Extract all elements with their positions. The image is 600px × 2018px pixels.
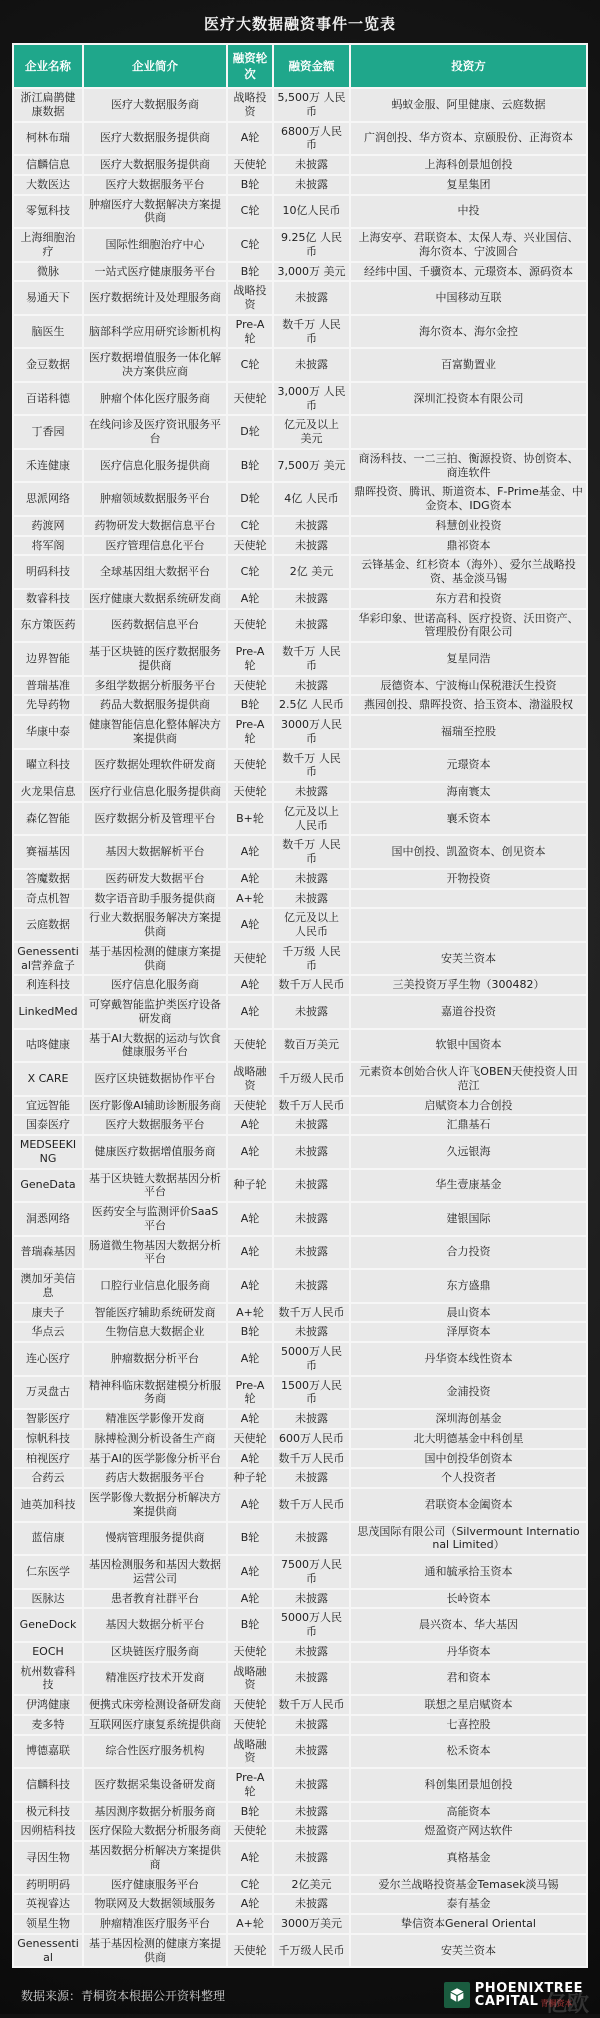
company-desc-cell: 医疗区块链数据协作平台 [83,1062,227,1096]
company-name-cell: 先导药物 [13,695,83,715]
round-cell: A轮 [227,1115,273,1135]
round-cell: C轮 [227,516,273,536]
table-row: 极元科技基因测序数据分析服务商B轮未披露高能资本 [13,1802,587,1822]
table-row: 万灵盘古精神科临床数据建模分析服务商Pre-A轮1500万人民币金浦投资 [13,1376,587,1410]
amount-cell: 未披露 [273,589,350,609]
amount-cell: 数千万人民币 [273,975,350,995]
table-row: 柯林布瑞医疗大数据服务提供商A轮6800万人民币广润创投、华方资本、京颐股份、正… [13,122,587,156]
company-name-cell: 大数医达 [13,175,83,195]
company-desc-cell: 区块链医疗服务商 [83,1642,227,1662]
table-row: X CARE医疗区块链数据协作平台战略融资千万级人民币元素资本创始合伙人许飞OB… [13,1062,587,1096]
round-cell: A轮 [227,1236,273,1270]
amount-cell: 10亿人民币 [273,195,350,229]
company-name-cell: 脑医生 [13,315,83,349]
amount-cell: 未披露 [273,1802,350,1822]
table-row: 普瑞森基因肠道微生物基因大数据分析平台A轮未披露合力投资 [13,1236,587,1270]
investors-cell: 中国移动互联 [350,281,587,315]
amount-cell: 未披露 [273,782,350,802]
round-cell: Pre-A轮 [227,1376,273,1410]
company-name-cell: EOCH [13,1642,83,1662]
amount-cell: 未披露 [273,1715,350,1735]
amount-cell: 7,500万 美元 [273,449,350,483]
company-desc-cell: 基于区块链的医疗数据服务提供商 [83,642,227,676]
company-desc-cell: 医疗大数据服务提供商 [83,122,227,156]
company-name-cell: 曜立科技 [13,749,83,783]
round-cell: C轮 [227,555,273,589]
company-desc-cell: 医疗健康服务平台 [83,1875,227,1895]
amount-cell: 数千万人民币 [273,1096,350,1116]
amount-cell: 9.25亿 人民币 [273,228,350,262]
investors-cell: 福瑞至控股 [350,715,587,749]
table-row: 数睿科技医疗健康大数据系统研发商A轮未披露东方君和投资 [13,589,587,609]
round-cell: B轮 [227,1522,273,1556]
company-name-cell: X CARE [13,1062,83,1096]
table-row: 云庭数据行业大数据服务解决方案提供商A轮亿元及以上 人民币 [13,908,587,942]
round-cell: 天使轮 [227,1642,273,1662]
round-cell: B轮 [227,1322,273,1342]
round-cell: Pre-A轮 [227,642,273,676]
company-name-cell: 康夫子 [13,1303,83,1323]
round-cell: B轮 [227,262,273,282]
company-desc-cell: 物联网及大数据领域服务 [83,1894,227,1914]
round-cell: D轮 [227,482,273,516]
company-desc-cell: 国际性细胞治疗中心 [83,228,227,262]
round-cell: 天使轮 [227,1096,273,1116]
table-row: 英视睿达物联网及大数据领域服务A轮未披露泰有基金 [13,1894,587,1914]
company-desc-cell: 脉搏检测分析设备生产商 [83,1429,227,1449]
investors-cell: 软银中国资本 [350,1029,587,1063]
investors-cell: 广润创投、华方资本、京颐股份、正海资本 [350,122,587,156]
investors-cell: 三美投资万孚生物（300482） [350,975,587,995]
round-cell: A+轮 [227,889,273,909]
table-row: 普瑞基准多组学数据分析服务平台天使轮未披露辰德资本、宁波梅山保税港沃生投资 [13,676,587,696]
investors-cell: 鼎晖投资、腾讯、斯道资本、F-Prime基金、中金资本、IDG资本 [350,482,587,516]
table-row: 禾连健康医疗信息化服务提供商B轮7,500万 美元商汤科技、一二三拍、衡源投资、… [13,449,587,483]
company-name-cell: 澳加牙美信息 [13,1269,83,1303]
column-header-investors: 投资方 [350,44,587,88]
company-name-cell: 药渡网 [13,516,83,536]
investors-cell: 辰德资本、宁波梅山保税港沃生投资 [350,676,587,696]
amount-cell: 未披露 [273,1821,350,1841]
company-desc-cell: 医药研发大数据平台 [83,869,227,889]
company-name-cell: MEDSEEKING [13,1135,83,1169]
amount-cell: 未披露 [273,1662,350,1696]
round-cell: 天使轮 [227,749,273,783]
company-desc-cell: 互联网医疗康复系统提供商 [83,1715,227,1735]
company-name-cell: 禾连健康 [13,449,83,483]
round-cell: A轮 [227,975,273,995]
investors-cell: 复星同浩 [350,642,587,676]
amount-cell: 2亿美元 [273,1875,350,1895]
amount-cell: 数千万 人民币 [273,749,350,783]
table-row: 信麟信息医疗大数据服务提供商天使轮未披露上海科创景旭创投 [13,155,587,175]
company-desc-cell: 医疗行业信息化服务提供商 [83,782,227,802]
amount-cell: 亿元及以上 人民币 [273,802,350,836]
footer: 数据来源：青桐资本根据公开资料整理 PHOENIXTREE CAPITAL 青桐… [13,1982,587,2008]
company-desc-cell: 医学影像大数据分析解决方案提供商 [83,1488,227,1522]
investors-cell: 上海科创景旭创投 [350,155,587,175]
investors-cell [350,889,587,909]
round-cell: A轮 [227,1269,273,1303]
amount-cell: 5000万人民币 [273,1342,350,1376]
company-desc-cell: 医疗健康大数据系统研发商 [83,589,227,609]
round-cell: Pre-A轮 [227,315,273,349]
table-row: 连心医疗肿瘤数据分析平台A轮5000万人民币丹华资本线性资本 [13,1342,587,1376]
company-name-cell: 咕咚健康 [13,1029,83,1063]
table-row: 领星生物肿瘤精准医疗服务平台A+轮3000万美元挚信资本General Orie… [13,1914,587,1934]
amount-cell: 未披露 [273,1768,350,1802]
logo-chinese-name: 青桐资本 [540,2000,572,2008]
investors-cell [350,415,587,449]
company-desc-cell: 医疗数据统计及处理服务商 [83,281,227,315]
round-cell: 战略融资 [227,1062,273,1096]
amount-cell: 未披露 [273,869,350,889]
company-name-cell: 药明明码 [13,1875,83,1895]
table-row: 利连科技医疗信息化服务商A轮数千万人民币三美投资万孚生物（300482） [13,975,587,995]
investors-cell: 安芙兰资本 [350,1934,587,1968]
phoenixtree-capital-logo: PHOENIXTREE CAPITAL 青桐资本 亿欧 [444,1982,587,2008]
amount-cell: 未披露 [273,536,350,556]
company-name-cell: 万灵盘古 [13,1376,83,1410]
investors-cell: 燕园创投、鼎晖投资、拾玉资本、渤溢股权 [350,695,587,715]
investors-cell: 思茂国际有限公司（Silvermount International Limit… [350,1522,587,1556]
round-cell: D轮 [227,415,273,449]
investors-cell: 松禾资本 [350,1735,587,1769]
amount-cell: 未披露 [273,1468,350,1488]
amount-cell: 2.5亿 人民币 [273,695,350,715]
company-name-cell: 普瑞森基因 [13,1236,83,1270]
round-cell: 种子轮 [227,1468,273,1488]
investors-cell: 鼎祁资本 [350,536,587,556]
company-desc-cell: 健康智能信息化整体解决方案提供商 [83,715,227,749]
logo-text-line2: CAPITAL 青桐资本 [475,1995,583,2008]
company-name-cell: 智影医疗 [13,1409,83,1429]
amount-cell: 未披露 [273,995,350,1029]
company-name-cell: 火龙果信息 [13,782,83,802]
company-desc-cell: 口腔行业信息化服务商 [83,1269,227,1303]
amount-cell: 3,000万 人民币 [273,382,350,416]
table-row: 华点云生物信息大数据企业B轮未披露泽厚资本 [13,1322,587,1342]
table-row: 蓝信康慢病管理服务提供商B轮未披露思茂国际有限公司（Silvermount In… [13,1522,587,1556]
investors-cell: 复星集团 [350,175,587,195]
investors-cell: 汇鼎基石 [350,1115,587,1135]
amount-cell: 未披露 [273,516,350,536]
table-row: 丁香园在线问诊及医疗资讯服务平台D轮亿元及以上 美元 [13,415,587,449]
column-header-amount: 融资金额 [273,44,350,88]
company-desc-cell: 医疗数据处理软件研发商 [83,749,227,783]
round-cell: A轮 [227,1589,273,1609]
round-cell: A轮 [227,995,273,1029]
table-row: LinkedMed可穿戴智能监护类医疗设备研发商A轮未披露嘉道谷投资 [13,995,587,1029]
round-cell: A轮 [227,1202,273,1236]
investors-cell: 云锋基金、红杉资本（海外）、爱尔兰战略投资、基金淡马锡 [350,555,587,589]
table-row: 边界智能基于区块链的医疗数据服务提供商Pre-A轮数千万 人民币复星同浩 [13,642,587,676]
company-name-cell: 麦多特 [13,1715,83,1735]
company-name-cell: 易通天下 [13,281,83,315]
investors-cell: 蚂蚁金服、阿里健康、云庭数据 [350,88,587,122]
company-name-cell: 东方策医药 [13,609,83,643]
company-name-cell: 信麟信息 [13,155,83,175]
investors-cell: 海尔资本、海尔金控 [350,315,587,349]
investors-cell: 海南寰太 [350,782,587,802]
amount-cell: 未披露 [273,889,350,909]
company-desc-cell: 便携式床旁检测设备研发商 [83,1695,227,1715]
investors-cell: 个人投资者 [350,1468,587,1488]
company-name-cell: 奇点机智 [13,889,83,909]
investors-cell: 经纬中国、千骥资本、元璟资本、源码资本 [350,262,587,282]
round-cell: 天使轮 [227,1029,273,1063]
investors-cell: 深圳汇投资本有限公司 [350,382,587,416]
round-cell: 天使轮 [227,782,273,802]
investors-cell: 长岭资本 [350,1589,587,1609]
investors-cell: 启赋资本力合创投 [350,1096,587,1116]
investors-cell: 泰有基金 [350,1894,587,1914]
table-row: Genessential基于基因检测的健康方案提供商天使轮千万级人民币安芙兰资本 [13,1934,587,1968]
company-name-cell: 国泰医疗 [13,1115,83,1135]
amount-cell: 未披露 [273,1841,350,1875]
company-name-cell: GeneDock [13,1608,83,1642]
amount-cell: 未披露 [273,155,350,175]
investors-cell: 元璟资本 [350,749,587,783]
table-row: 零氪科技肿瘤医疗大数据解决方案提供商C轮10亿人民币中投 [13,195,587,229]
round-cell: 天使轮 [227,382,273,416]
company-desc-cell: 医疗数据采集设备研发商 [83,1768,227,1802]
amount-cell: 7500万人民币 [273,1555,350,1589]
round-cell: A轮 [227,1342,273,1376]
table-row: 金豆数据医疗数据增值服务一体化解决方案供应商C轮未披露百富勤置业 [13,348,587,382]
company-desc-cell: 患者教育社群平台 [83,1589,227,1609]
table-row: 迪英加科技医学影像大数据分析解决方案提供商A轮数千万人民币君联资本金阖资本 [13,1488,587,1522]
amount-cell: 未披露 [273,1409,350,1429]
round-cell: A轮 [227,908,273,942]
round-cell: A轮 [227,1135,273,1169]
company-name-cell: 柯林布瑞 [13,122,83,156]
company-desc-cell: 医疗大数据服务商 [83,88,227,122]
round-cell: A轮 [227,1409,273,1429]
amount-cell: 数千万人民币 [273,1488,350,1522]
investors-cell: 七喜控股 [350,1715,587,1735]
company-name-cell: 英视睿达 [13,1894,83,1914]
company-name-cell: 上海细胞治疗 [13,228,83,262]
round-cell: A轮 [227,1841,273,1875]
investors-cell: 中投 [350,195,587,229]
round-cell: 天使轮 [227,609,273,643]
table-row: 博德嘉联综合性医疗服务机构战略融资未披露松禾资本 [13,1735,587,1769]
company-desc-cell: 肿瘤数据分析平台 [83,1342,227,1376]
investors-cell: 东方盛鼎 [350,1269,587,1303]
company-name-cell: 数睿科技 [13,589,83,609]
company-desc-cell: 脑部科学应用研究诊断机构 [83,315,227,349]
company-name-cell: GeneData [13,1169,83,1203]
table-row: 火龙果信息医疗行业信息化服务提供商天使轮未披露海南寰太 [13,782,587,802]
investors-cell: 丹华资本线性资本 [350,1342,587,1376]
phoenixtree-cube-icon [444,1982,470,2008]
company-name-cell: 合药云 [13,1468,83,1488]
table-row: GeneData基于区块链大数据基因分析平台种子轮未披露华生壹康基金 [13,1169,587,1203]
investors-cell: 东方君和投资 [350,589,587,609]
amount-cell: 未披露 [273,1115,350,1135]
table-row: 伊鸿健康便携式床旁检测设备研发商天使轮数千万人民币联想之星启赋资本 [13,1695,587,1715]
table-row: GeneDock基因大数据分析平台B轮5000万人民币晨兴资本、华大基因 [13,1608,587,1642]
round-cell: Pre-A轮 [227,715,273,749]
company-name-cell: 连心医疗 [13,1342,83,1376]
amount-cell: 5,500万 人民币 [273,88,350,122]
round-cell: 战略投资 [227,88,273,122]
table-row: 麦多特互联网医疗康复系统提供商天使轮未披露七喜控股 [13,1715,587,1735]
amount-cell: 未披露 [273,1135,350,1169]
investors-cell: 建银国际 [350,1202,587,1236]
table-row: 药渡网药物研发大数据信息平台C轮未披露科慧创业投资 [13,516,587,536]
round-cell: B轮 [227,695,273,715]
company-desc-cell: 基因大数据解析平台 [83,835,227,869]
table-row: 寻因生物基因数据分析解决方案提供商A轮未披露真格基金 [13,1841,587,1875]
round-cell: C轮 [227,1875,273,1895]
investors-cell: 开物投资 [350,869,587,889]
company-name-cell: 边界智能 [13,642,83,676]
company-desc-cell: 药物研发大数据信息平台 [83,516,227,536]
company-desc-cell: 基于AI大数据的运动与饮食健康服务平台 [83,1029,227,1063]
amount-cell: 未披露 [273,1894,350,1914]
round-cell: 战略投资 [227,281,273,315]
table-row: 先导药物药品大数据服务提供商B轮2.5亿 人民币燕园创投、鼎晖投资、拾玉资本、渤… [13,695,587,715]
investors-cell: 君联资本金阖资本 [350,1488,587,1522]
company-name-cell: 微脉 [13,262,83,282]
amount-cell: 亿元及以上 美元 [273,415,350,449]
table-row: 微脉一站式医疗健康服务平台B轮3,000万 美元经纬中国、千骥资本、元璟资本、源… [13,262,587,282]
company-desc-cell: 精准医疗技术开发商 [83,1662,227,1696]
amount-cell: 千万级 人民币 [273,942,350,976]
company-desc-cell: 医疗保险大数据分析服务商 [83,1821,227,1841]
amount-cell: 亿元及以上 人民币 [273,908,350,942]
company-desc-cell: 医疗信息化服务商 [83,975,227,995]
company-desc-cell: 健康医疗数据增值服务商 [83,1135,227,1169]
company-desc-cell: 肠道微生物基因大数据分析平台 [83,1236,227,1270]
amount-cell: 未披露 [273,1322,350,1342]
company-desc-cell: 可穿戴智能监护类医疗设备研发商 [83,995,227,1029]
investors-cell: 嘉道谷投资 [350,995,587,1029]
company-desc-cell: 基于区块链大数据基因分析平台 [83,1169,227,1203]
company-desc-cell: 医疗信息化服务提供商 [83,449,227,483]
investors-cell: 金浦投资 [350,1376,587,1410]
company-name-cell: 丁香园 [13,415,83,449]
investors-cell: 国中创投、凯盈资本、创见资本 [350,835,587,869]
round-cell: 种子轮 [227,1169,273,1203]
company-desc-cell: 基于基因检测的健康方案提供商 [83,942,227,976]
table-row: 浙江扁鹊健康数据医疗大数据服务商战略投资5,500万 人民币蚂蚁金服、阿里健康、… [13,88,587,122]
round-cell: 天使轮 [227,155,273,175]
amount-cell: 2亿 美元 [273,555,350,589]
company-name-cell: 思派网络 [13,482,83,516]
round-cell: A轮 [227,589,273,609]
round-cell: 战略融资 [227,1735,273,1769]
company-desc-cell: 一站式医疗健康服务平台 [83,262,227,282]
investors-cell: 北大明德基金中科创星 [350,1429,587,1449]
amount-cell: 数千万人民币 [273,1695,350,1715]
company-desc-cell: 多组学数据分析服务平台 [83,676,227,696]
company-name-cell: 百诺科德 [13,382,83,416]
table-row: 大数医达医疗大数据服务平台B轮未披露复星集团 [13,175,587,195]
table-row: 国泰医疗医疗大数据服务平台A轮未披露汇鼎基石 [13,1115,587,1135]
infographic-page: 医疗大数据融资事件一览表 企业名称 企业简介 融资轮次 融资金额 投资方 浙江扁… [0,0,600,2014]
amount-cell: 数百万美元 [273,1029,350,1063]
round-cell: 天使轮 [227,1429,273,1449]
amount-cell: 未披露 [273,1269,350,1303]
company-name-cell: 信麟科技 [13,1768,83,1802]
round-cell: B+轮 [227,802,273,836]
round-cell: C轮 [227,228,273,262]
table-row: 华康中泰健康智能信息化整体解决方案提供商Pre-A轮3000万人民币福瑞至控股 [13,715,587,749]
table-row: 赛福基因基因大数据解析平台A轮数千万 人民币国中创投、凯盈资本、创见资本 [13,835,587,869]
round-cell: A轮 [227,835,273,869]
round-cell: 天使轮 [227,536,273,556]
company-desc-cell: 智能医疗辅助系统研发商 [83,1303,227,1323]
investors-cell: 百富勤置业 [350,348,587,382]
company-name-cell: 宜远智能 [13,1096,83,1116]
investors-cell: 元素资本创始合伙人许飞OBEN天使投资人田范江 [350,1062,587,1096]
company-name-cell: 答魔数据 [13,869,83,889]
company-name-cell: 医脉达 [13,1589,83,1609]
table-row: 东方策医药医药数据信息平台天使轮未披露华彩印象、世诺高科、医疗投资、沃田资产、管… [13,609,587,643]
table-row: 答魔数据医药研发大数据平台A轮未披露开物投资 [13,869,587,889]
company-desc-cell: 基于基因检测的健康方案提供商 [83,1934,227,1968]
company-desc-cell: 药店大数据服务平台 [83,1468,227,1488]
table-row: EOCH区块链医疗服务商天使轮未披露丹华资本 [13,1642,587,1662]
investors-cell: 联想之星启赋资本 [350,1695,587,1715]
amount-cell: 未披露 [273,1642,350,1662]
company-name-cell: 云庭数据 [13,908,83,942]
company-name-cell: 领星生物 [13,1914,83,1934]
company-name-cell: 仁东医学 [13,1555,83,1589]
company-desc-cell: 慢病管理服务提供商 [83,1522,227,1556]
company-desc-cell: 医疗大数据服务平台 [83,175,227,195]
company-desc-cell: 医药数据信息平台 [83,609,227,643]
company-name-cell: 利连科技 [13,975,83,995]
company-desc-cell: 肿瘤精准医疗服务平台 [83,1914,227,1934]
amount-cell: 数千万人民币 [273,1303,350,1323]
amount-cell: 3000万美元 [273,1914,350,1934]
company-name-cell: 寻因生物 [13,1841,83,1875]
company-desc-cell: 医疗数据增值服务一体化解决方案供应商 [83,348,227,382]
company-name-cell: 杭州数睿科技 [13,1662,83,1696]
company-desc-cell: 数字语音助手服务提供商 [83,889,227,909]
round-cell: A轮 [227,122,273,156]
amount-cell: 数千万 人民币 [273,315,350,349]
company-desc-cell: 生物信息大数据企业 [83,1322,227,1342]
table-row: 上海细胞治疗国际性细胞治疗中心C轮9.25亿 人民币上海安亭、君联资本、太保人寿… [13,228,587,262]
round-cell: 战略融资 [227,1662,273,1696]
investors-cell: 商汤科技、一二三拍、衡源投资、协创资本、商连软件 [350,449,587,483]
company-name-cell: 极元科技 [13,1802,83,1822]
round-cell: 天使轮 [227,1821,273,1841]
company-name-cell: 迪英加科技 [13,1488,83,1522]
investors-cell: 丹华资本 [350,1642,587,1662]
investors-cell: 上海安亭、君联资本、太保人寿、兴业国信、海尔资本、宁波圆合 [350,228,587,262]
company-name-cell: 金豆数据 [13,348,83,382]
amount-cell: 6800万人民币 [273,122,350,156]
amount-cell: 未披露 [273,1522,350,1556]
column-header-company-desc: 企业简介 [83,44,227,88]
company-desc-cell: 医疗管理信息化平台 [83,536,227,556]
company-desc-cell: 肿瘤个体化医疗服务商 [83,382,227,416]
company-desc-cell: 在线问诊及医疗资讯服务平台 [83,415,227,449]
company-desc-cell: 医疗大数据服务提供商 [83,155,227,175]
amount-cell: 未披露 [273,175,350,195]
amount-cell: 数千万人民币 [273,1449,350,1469]
investors-cell: 合力投资 [350,1236,587,1270]
investors-cell: 华彩印象、世诺高科、医疗投资、沃田资产、管理股份有限公司 [350,609,587,643]
round-cell: A轮 [227,1449,273,1469]
amount-cell: 600万人民币 [273,1429,350,1449]
